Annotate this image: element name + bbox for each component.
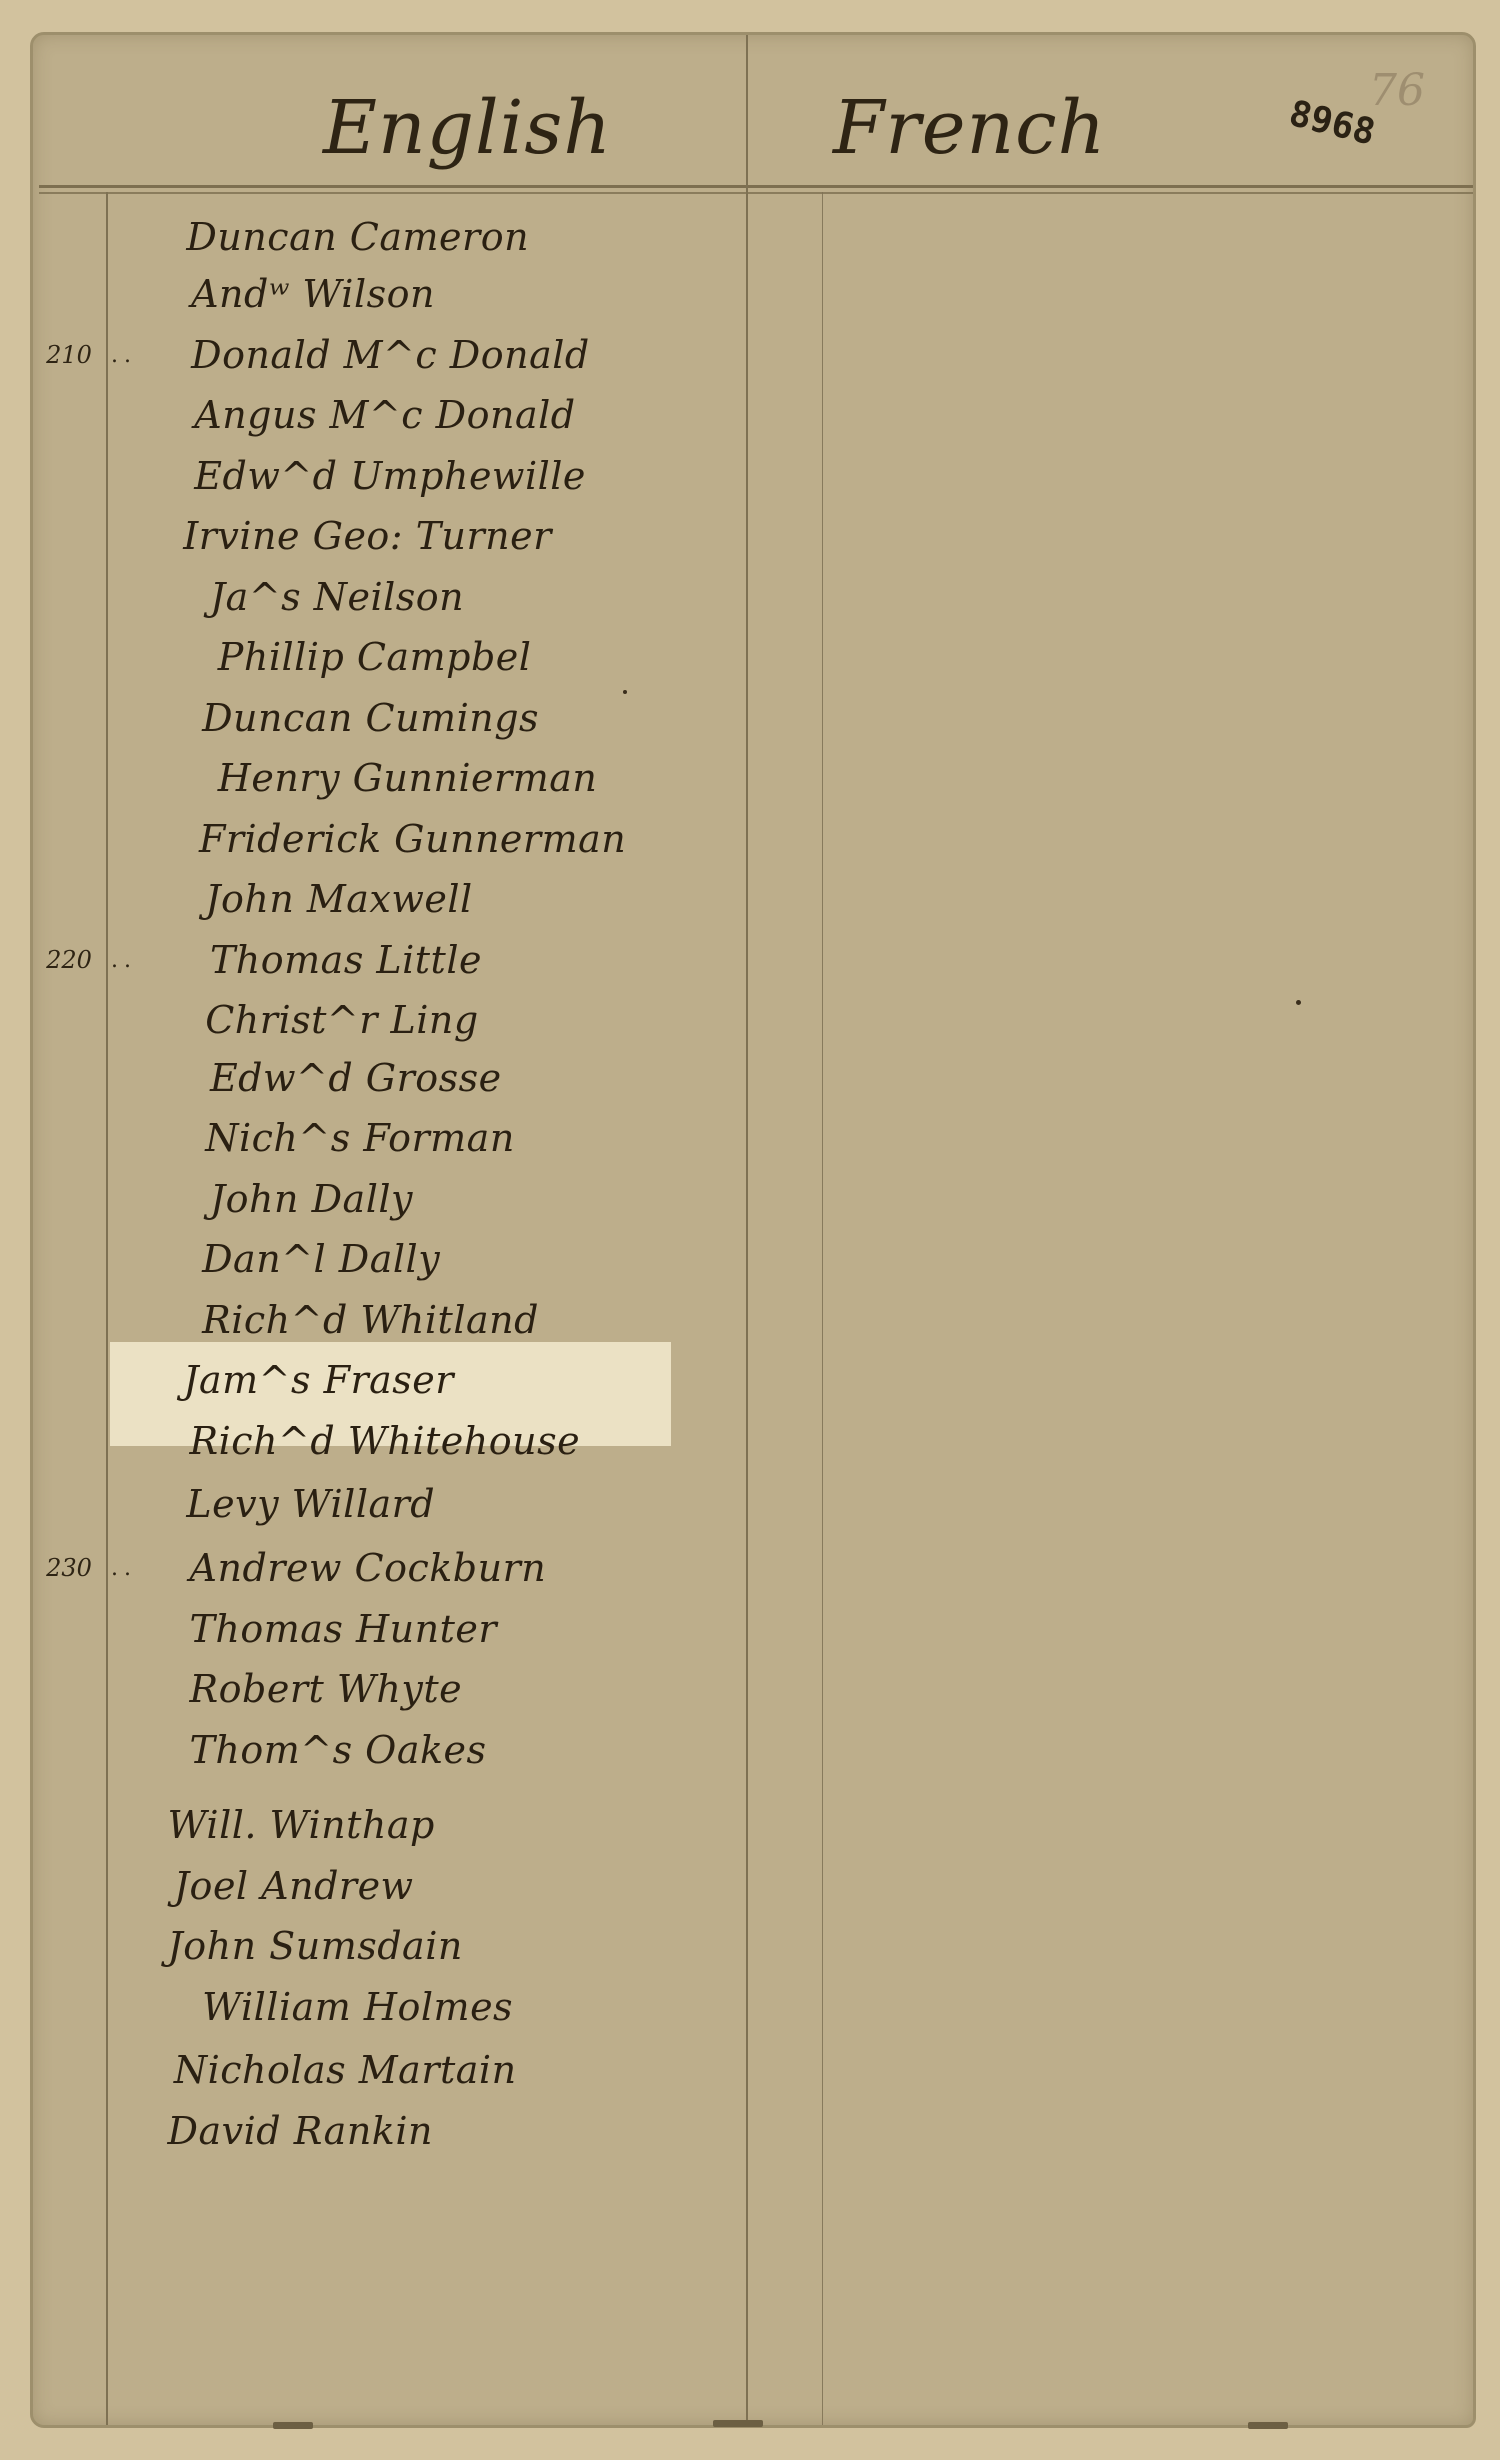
person-name: William Holmes — [202, 1985, 513, 2029]
binding-tab — [1248, 2422, 1288, 2429]
ledger-row: Nicholas Martain — [33, 2048, 733, 2108]
ink-speck — [623, 690, 627, 694]
ledger-row: Duncan Cameron — [33, 215, 733, 275]
ledger-row: Christ^r Ling — [33, 998, 733, 1058]
person-name: Duncan Cameron — [186, 215, 529, 259]
person-name: Rich^d Whitland — [202, 1298, 539, 1342]
margin-number: 210 — [33, 341, 105, 369]
person-name: Levy Willard — [186, 1482, 435, 1526]
ledger-row: Thomas Hunter — [33, 1607, 733, 1667]
person-name: John Maxwell — [205, 877, 472, 921]
person-name: Nich^s Forman — [205, 1116, 515, 1160]
ledger-row: Rich^d Whitehouse — [33, 1419, 733, 1479]
ledger-row: Friderick Gunnerman — [33, 817, 733, 877]
person-name: Edw^d Grosse — [210, 1056, 502, 1100]
ledger-row: Will. Winthap — [33, 1803, 733, 1863]
ledger-row: Robert Whyte — [33, 1667, 733, 1727]
person-name: Dan^l Dally — [202, 1237, 440, 1281]
ledger-row: Dan^l Dally — [33, 1237, 733, 1297]
person-name: Phillip Campbel — [218, 635, 532, 679]
ledger-row: Ja^s Neilson — [33, 575, 733, 635]
ledger-row: Jam^s Fraser — [33, 1358, 733, 1418]
binding-tab — [713, 2420, 763, 2427]
ledger-row: Duncan Cumings — [33, 696, 733, 756]
person-name: Thomas Hunter — [190, 1607, 497, 1651]
person-name: Thom^s Oakes — [190, 1728, 487, 1772]
person-name: David Rankin — [168, 2109, 433, 2153]
ledger-row: Angus M^c Donald — [33, 393, 733, 453]
name-list: Duncan CameronAndʷ Wilson210..Donald M^c… — [33, 35, 1473, 2425]
margin-number: 230 — [33, 1554, 105, 1582]
ledger-row: Henry Gunnierman — [33, 756, 733, 816]
ledger-row: 210..Donald M^c Donald — [33, 333, 733, 393]
margin-number: 220 — [33, 946, 105, 974]
ledger-row: William Holmes — [33, 1985, 733, 2045]
leader-dots: .. — [111, 343, 137, 368]
person-name: Jam^s Fraser — [183, 1358, 454, 1402]
person-name: Irvine Geo: Turner — [183, 514, 552, 558]
ledger-row: Edw^d Umphewille — [33, 454, 733, 514]
person-name: Rich^d Whitehouse — [190, 1419, 581, 1463]
person-name: Nicholas Martain — [174, 2048, 517, 2092]
person-name: Henry Gunnierman — [218, 756, 598, 800]
person-name: John Sumsdain — [168, 1924, 463, 1968]
person-name: Duncan Cumings — [202, 696, 539, 740]
person-name: Andʷ Wilson — [191, 272, 435, 316]
leader-dots: .. — [111, 948, 137, 973]
person-name: Will. Winthap — [168, 1803, 435, 1847]
person-name: Christ^r Ling — [205, 998, 478, 1042]
ledger-row: David Rankin — [33, 2109, 733, 2169]
ledger-row: 230..Andrew Cockburn — [33, 1546, 733, 1606]
person-name: John Dally — [210, 1177, 413, 1221]
ledger-row: 220..Thomas Little — [33, 938, 733, 998]
person-name: Robert Whyte — [190, 1667, 463, 1711]
ledger-sheet: English French 76 8968 Duncan CameronAnd… — [30, 32, 1476, 2428]
person-name: Edw^d Umphewille — [194, 454, 586, 498]
ledger-row: Edw^d Grosse — [33, 1056, 733, 1116]
ledger-row: Joel Andrew — [33, 1864, 733, 1924]
ledger-row: Phillip Campbel — [33, 635, 733, 695]
ledger-row: Rich^d Whitland — [33, 1298, 733, 1358]
person-name: Joel Andrew — [174, 1864, 414, 1908]
person-name: Andrew Cockburn — [190, 1546, 547, 1590]
ledger-row: Thom^s Oakes — [33, 1728, 733, 1788]
ledger-row: Irvine Geo: Turner — [33, 514, 733, 574]
leader-dots: .. — [111, 1556, 137, 1581]
person-name: Ja^s Neilson — [210, 575, 464, 619]
ledger-row: Nich^s Forman — [33, 1116, 733, 1176]
ledger-row: John Sumsdain — [33, 1924, 733, 1984]
ledger-row: John Dally — [33, 1177, 733, 1237]
ledger-row: Levy Willard — [33, 1482, 733, 1542]
person-name: Thomas Little — [210, 938, 482, 982]
person-name: Donald M^c Donald — [191, 333, 590, 377]
ink-speck — [1296, 1000, 1301, 1005]
person-name: Angus M^c Donald — [194, 393, 575, 437]
person-name: Friderick Gunnerman — [199, 817, 626, 861]
ledger-row: John Maxwell — [33, 877, 733, 937]
binding-tab — [273, 2422, 313, 2429]
ledger-row: Andʷ Wilson — [33, 272, 733, 332]
